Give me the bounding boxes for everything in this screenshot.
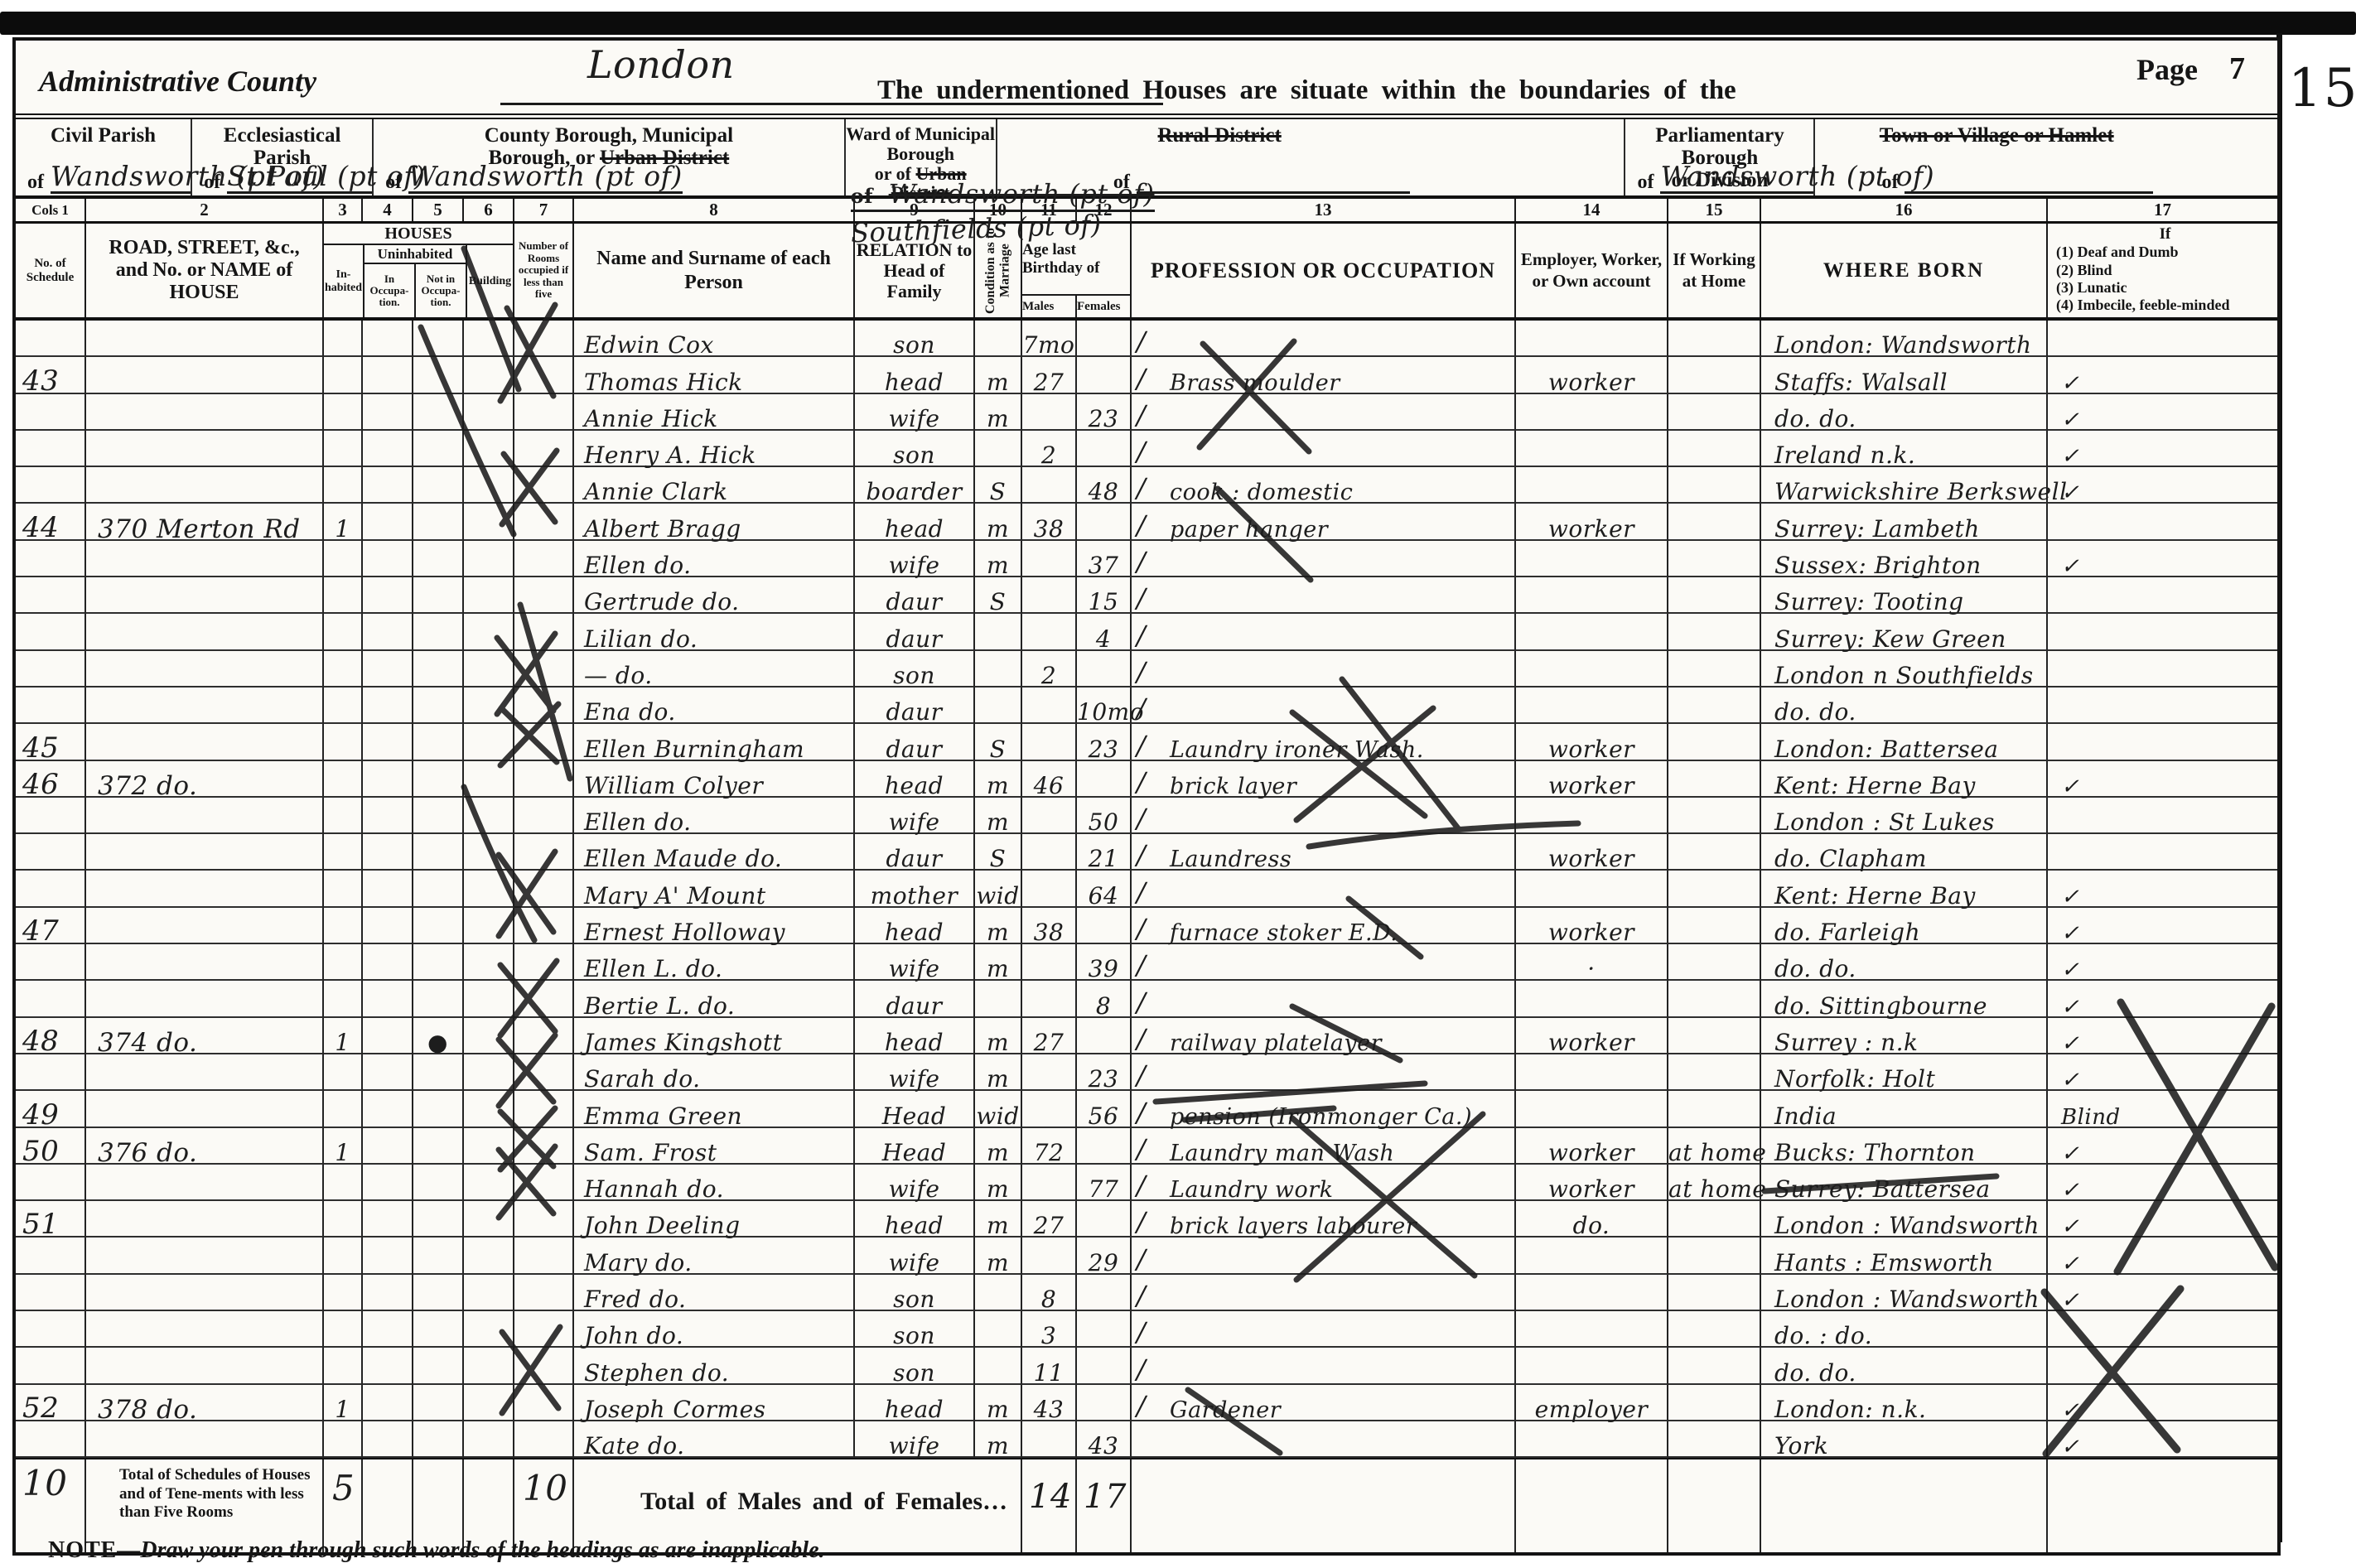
inhabited-cell — [324, 467, 363, 504]
infirmity-cell: ✓ — [2048, 467, 2277, 504]
age-males-cell-text: 2 — [1022, 441, 1075, 469]
of-word: of — [385, 171, 402, 194]
building-cell — [464, 908, 514, 944]
building-cell — [464, 724, 514, 760]
name-cell: Gertrude do. — [574, 577, 855, 614]
at-home-cell — [1668, 1311, 1761, 1348]
name-cell-text: Ellen do. — [584, 552, 692, 579]
road-cell — [86, 1421, 324, 1458]
rooms-cell — [514, 1348, 574, 1384]
condition-cell — [975, 1348, 1022, 1384]
employer-cell: worker — [1516, 357, 1668, 393]
condition-cell-text: m — [975, 552, 1021, 579]
road-cell — [86, 1201, 324, 1238]
occupation-cell: / — [1132, 1054, 1516, 1091]
age-males-cell — [1022, 614, 1077, 650]
age-females-cell-text: 43 — [1077, 1432, 1130, 1459]
infirmity-cell — [2048, 321, 2277, 357]
occupation-text: brick layer — [1170, 774, 1296, 799]
age-males-cell — [1022, 724, 1077, 760]
inhabited-cell-text: 1 — [324, 515, 361, 543]
building-cell — [464, 504, 514, 540]
employer-cell — [1516, 798, 1668, 834]
name-cell: Sam. Frost — [574, 1128, 855, 1165]
schedule-cell: 46 — [16, 761, 86, 798]
inhabited-cell — [324, 834, 363, 871]
infirmity-cell: ✓ — [2048, 1018, 2277, 1054]
occupation-tick-mark: / — [1137, 766, 1146, 798]
uninhabited-in-occupation-cell — [363, 431, 413, 467]
occupation-cell: /furnace stoker E.D. — [1132, 908, 1516, 944]
inhabited-cell-text: 1 — [324, 1139, 361, 1166]
uninhabited-in-occupation-cell — [363, 871, 413, 907]
age-females-cell-text: 77 — [1077, 1175, 1130, 1203]
employer-cell-text: do. — [1516, 1212, 1667, 1239]
infirmity-cell: ✓ — [2048, 761, 2277, 798]
condition-cell — [975, 651, 1022, 688]
building-cell — [464, 1311, 514, 1348]
schedule-cell: 47 — [16, 908, 86, 944]
relation-cell: head — [855, 504, 975, 540]
infirmity-cell: ✓ — [2048, 871, 2277, 907]
inhabited-cell — [324, 724, 363, 760]
age-males-cell — [1022, 1091, 1077, 1127]
occupation-tick-mark: / — [1137, 987, 1146, 1018]
name-heading: Name and Surname of each Person — [574, 224, 855, 317]
uninhabited-not-occupation-cell — [413, 724, 464, 760]
uninhabited-in-occupation-cell — [363, 1385, 413, 1421]
age-females-cell: 29 — [1077, 1238, 1132, 1274]
age-females-cell: 37 — [1077, 541, 1132, 577]
inhabited-cell — [324, 1201, 363, 1238]
census-row: Stephen do.son11/do. do. — [16, 1348, 2277, 1384]
rooms-cell — [514, 1018, 574, 1054]
condition-cell: S — [975, 467, 1022, 504]
occupation-cell — [1132, 1421, 1516, 1458]
relation-cell-text: Head — [855, 1102, 973, 1130]
age-females-cell-text: 48 — [1077, 478, 1130, 505]
occupation-text: Laundry work — [1170, 1177, 1333, 1203]
schedule-cell — [16, 1165, 86, 1201]
uninhabited-in-occupation-cell — [363, 1018, 413, 1054]
name-cell-text: Fred do. — [584, 1286, 686, 1313]
uninhabited-in-occupation-cell — [363, 1165, 413, 1201]
rooms-cell — [514, 1238, 574, 1274]
uninhabited-in-occupation-cell — [363, 1128, 413, 1165]
age-females-cell-text: 39 — [1077, 955, 1130, 982]
age-males-cell: 46 — [1022, 761, 1077, 798]
occupation-cell: /Laundry ironer Wash. — [1132, 724, 1516, 760]
at-home-cell — [1668, 651, 1761, 688]
age-males-cell-text: 11 — [1022, 1359, 1075, 1387]
at-home-cell — [1668, 761, 1761, 798]
name-cell-text: Ellen Maude do. — [584, 845, 782, 872]
relation-cell: daur — [855, 724, 975, 760]
age-females-cell-text: 4 — [1077, 625, 1130, 653]
rooms-cell — [514, 981, 574, 1017]
occupation-cell: / — [1132, 1275, 1516, 1311]
schedule-cell — [16, 981, 86, 1017]
employer-cell — [1516, 321, 1668, 357]
where-born-cell: Hants : Emsworth — [1761, 1238, 2048, 1274]
of-word: of — [1881, 171, 1898, 194]
relation-cell-text: head — [855, 1396, 973, 1423]
road-cell-text: 372 do. — [98, 771, 197, 801]
inhabited-cell — [324, 1421, 363, 1458]
schedule-cell-text: 52 — [22, 1392, 59, 1425]
uninhabited-in-occupation-cell — [363, 834, 413, 871]
name-cell: Lilian do. — [574, 614, 855, 650]
uninhabited-not-occupation-cell — [413, 1054, 464, 1091]
uninhabited-not-occupation-cell — [413, 467, 464, 504]
name-cell-text: Joseph Cormes — [584, 1396, 766, 1423]
rooms-cell — [514, 321, 574, 357]
infirmity-heading: If (1) Deaf and Dumb (2) Blind (3) Lunat… — [2048, 224, 2277, 317]
occupation-cell: / — [1132, 394, 1516, 431]
occupation-cell: / — [1132, 321, 1516, 357]
district-boxes: Civil Parish of Wandsworth (pt of) Eccle… — [16, 119, 2277, 199]
name-cell-text: Ellen Burningham — [584, 736, 804, 763]
condition-cell: m — [975, 1201, 1022, 1238]
name-cell: Ellen do. — [574, 541, 855, 577]
infirmity-cell-text: ✓ — [2061, 554, 2079, 579]
uninhabited-heading-group: Uninhabited In Occupa-tion. Not in Occup… — [365, 245, 467, 317]
infirmity-cell-text: ✓ — [2061, 1141, 2079, 1166]
inhabited-cell-text: 1 — [324, 1029, 361, 1056]
name-cell-text: Mary do. — [584, 1249, 693, 1276]
name-cell: Annie Hick — [574, 394, 855, 431]
employer-cell-text: employer — [1516, 1396, 1667, 1423]
where-born-cell-text: do. Farleigh — [1774, 919, 1920, 946]
at-home-heading: If Working at Home — [1668, 224, 1761, 317]
relation-cell: mother — [855, 871, 975, 907]
age-females-cell: 23 — [1077, 1054, 1132, 1091]
relation-cell-text: head — [855, 515, 973, 543]
inhabited-cell — [324, 614, 363, 650]
condition-cell: m — [975, 944, 1022, 981]
uninhabited-in-occupation-cell — [363, 688, 413, 724]
schedule-cell: 48 — [16, 1018, 86, 1054]
at-home-cell — [1668, 1348, 1761, 1384]
census-row: Edwin Coxson7mo/London: Wandsworth — [16, 321, 2277, 357]
rooms-cell — [514, 871, 574, 907]
age-females-cell: 23 — [1077, 724, 1132, 760]
name-cell-text: Thomas Hick — [584, 369, 743, 396]
age-females-cell — [1077, 1128, 1132, 1165]
column-number: 8 — [574, 199, 855, 221]
age-males-cell — [1022, 394, 1077, 431]
employer-cell: do. — [1516, 1201, 1668, 1238]
uninhabited-not-occupation-cell — [413, 871, 464, 907]
condition-cell: m — [975, 541, 1022, 577]
condition-cell: m — [975, 357, 1022, 393]
schedule-cell: 49 — [16, 1091, 86, 1127]
infirmity-cell-text: ✓ — [2061, 958, 2079, 982]
relation-cell: son — [855, 1311, 975, 1348]
condition-cell-text: m — [975, 955, 1021, 982]
schedule-cell — [16, 871, 86, 907]
condition-cell — [975, 321, 1022, 357]
age-females-cell: 21 — [1077, 834, 1132, 871]
where-born-cell: do. do. — [1761, 688, 2048, 724]
where-born-cell-text: London: Wandsworth — [1774, 331, 2032, 359]
road-cell — [86, 651, 324, 688]
age-males-cell-text: 8 — [1022, 1286, 1075, 1313]
age-females-cell: 43 — [1077, 1421, 1132, 1458]
relation-cell-text: son — [855, 1359, 973, 1387]
inhabited-cell: 1 — [324, 1385, 363, 1421]
relation-cell-text: wife — [855, 1249, 973, 1276]
occupation-text: Laundry ironer Wash. — [1170, 737, 1424, 763]
employer-cell — [1516, 614, 1668, 650]
inhabited-cell — [324, 394, 363, 431]
name-cell-text: Ena do. — [584, 698, 676, 726]
age-females-cell: 8 — [1077, 981, 1132, 1017]
rooms-cell — [514, 1275, 574, 1311]
occupation-cell: / — [1132, 1311, 1516, 1348]
uninhabited-in-occupation-cell — [363, 1348, 413, 1384]
uninhabited-not-occupation-cell — [413, 1201, 464, 1238]
where-born-cell-text: York — [1774, 1432, 1828, 1459]
condition-cell-text: S — [975, 588, 1021, 615]
schedule-cell — [16, 1238, 86, 1274]
infirmity-cell-text: ✓ — [2061, 1398, 2079, 1423]
condition-cell — [975, 1311, 1022, 1348]
road-cell-text: 378 do. — [98, 1395, 197, 1425]
building-cell — [464, 614, 514, 650]
occupation-tick-mark: / — [1137, 1097, 1146, 1128]
age-males-cell: 7mo — [1022, 321, 1077, 357]
employer-cell: worker — [1516, 504, 1668, 540]
uninhabited-in-occupation-cell — [363, 467, 413, 504]
total-females-value: 17 — [1084, 1478, 1127, 1516]
employer-cell: worker — [1516, 834, 1668, 871]
schedule-cell — [16, 394, 86, 431]
schedule-cell: 43 — [16, 357, 86, 393]
uninhabited-in-occupation-cell — [363, 798, 413, 834]
ward-value: of Wandsworth (pt of) Southfields (pt of… — [851, 178, 1155, 244]
age-females-cell: 48 — [1077, 467, 1132, 504]
column-number: 7 — [514, 199, 574, 221]
age-females-cell — [1077, 651, 1132, 688]
column-number: 5 — [413, 199, 464, 221]
of-word: of — [27, 171, 44, 194]
occupation-text: Gardener — [1170, 1397, 1281, 1423]
age-females-cell — [1077, 1018, 1132, 1054]
infirmity-cell-text: Blind — [2061, 1105, 2121, 1130]
building-cell — [464, 357, 514, 393]
employer-cell: worker — [1516, 1018, 1668, 1054]
where-born-cell: York — [1761, 1421, 2048, 1458]
where-born-cell: Surrey: Lambeth — [1761, 504, 2048, 540]
infirmity-cell: ✓ — [2048, 1165, 2277, 1201]
where-born-cell: London: n.k. — [1761, 1385, 2048, 1421]
at-home-cell — [1668, 541, 1761, 577]
where-born-cell: Sussex: Brighton — [1761, 541, 2048, 577]
schedule-cell — [16, 467, 86, 504]
building-cell — [464, 1165, 514, 1201]
road-cell — [86, 1238, 324, 1274]
uninhabited-not-occupation-cell — [413, 981, 464, 1017]
inhabited-cell — [324, 1165, 363, 1201]
occupation-cell: /railway platelayer — [1132, 1018, 1516, 1054]
name-cell: Ernest Holloway — [574, 908, 855, 944]
occupation-tick-mark: / — [1137, 472, 1146, 504]
name-cell-text: Lilian do. — [584, 625, 698, 653]
age-males-cell: 2 — [1022, 651, 1077, 688]
condition-cell: m — [975, 1421, 1022, 1458]
schedule-cell-text: 46 — [22, 768, 59, 801]
age-males-cell-text: 27 — [1022, 1212, 1075, 1239]
where-born-cell: do. Clapham — [1761, 834, 2048, 871]
age-females-cell: 23 — [1077, 394, 1132, 431]
column-number: 16 — [1761, 199, 2048, 221]
column-number: 14 — [1516, 199, 1668, 221]
inhabited-cell-text: 1 — [324, 1396, 361, 1423]
infirmity-cell: ✓ — [2048, 908, 2277, 944]
occupation-cell: / — [1132, 981, 1516, 1017]
rooms-cell — [514, 614, 574, 650]
at-home-cell — [1668, 871, 1761, 907]
age-males-cell — [1022, 1054, 1077, 1091]
census-row: 46372 do.William Colyerheadm46/brick lay… — [16, 761, 2277, 798]
name-cell: Albert Bragg — [574, 504, 855, 540]
occupation-tick-mark: / — [1137, 1316, 1146, 1348]
road-cell: 378 do. — [86, 1385, 324, 1421]
age-males-cell — [1022, 541, 1077, 577]
condition-cell-text: m — [975, 1029, 1021, 1056]
census-row: 49Emma GreenHeadwid56/pension (Ironmonge… — [16, 1091, 2277, 1127]
rooms-cell — [514, 357, 574, 393]
name-cell-text: Albert Bragg — [584, 515, 741, 543]
name-cell: Mary do. — [574, 1238, 855, 1274]
road-cell — [86, 467, 324, 504]
rooms-cell — [514, 798, 574, 834]
condition-cell-text: m — [975, 1396, 1021, 1423]
infirmity-cell: ✓ — [2048, 1385, 2277, 1421]
relation-cell-text: son — [855, 441, 973, 469]
where-born-cell: do. Farleigh — [1761, 908, 2048, 944]
occupation-tick-mark: / — [1137, 1243, 1146, 1275]
occupation-cell: /brick layers labourer — [1132, 1201, 1516, 1238]
census-row: Ellen do.wifem50/London : St Lukes — [16, 798, 2277, 834]
building-cell — [464, 651, 514, 688]
relation-cell: wife — [855, 1238, 975, 1274]
age-males-cell-text: 38 — [1022, 919, 1075, 946]
rooms-cell — [514, 1311, 574, 1348]
admin-header: Administrative County London The underme… — [16, 41, 2277, 119]
employer-cell — [1516, 1348, 1668, 1384]
where-born-cell: do. Sittingbourne — [1761, 981, 2048, 1017]
schedule-cell — [16, 1054, 86, 1091]
at-home-cell — [1668, 321, 1761, 357]
total-males-females-label: Total of Males and of Females… — [640, 1488, 1007, 1516]
at-home-cell — [1668, 614, 1761, 650]
building-cell — [464, 871, 514, 907]
town-village-label: Town or Village or Hamlet — [1716, 119, 2277, 147]
road-cell — [86, 871, 324, 907]
relation-cell-text: head — [855, 369, 973, 396]
schedule-cell — [16, 1275, 86, 1311]
schedule-cell: 44 — [16, 504, 86, 540]
condition-cell: m — [975, 504, 1022, 540]
relation-cell-text: son — [855, 1286, 973, 1313]
uninhabited-not-occupation-cell — [413, 394, 464, 431]
schedule-cell: 45 — [16, 724, 86, 760]
age-males-cell — [1022, 1165, 1077, 1201]
occupation-cell: / — [1132, 1348, 1516, 1384]
inhabited-cell — [324, 651, 363, 688]
occupation-tick-mark: / — [1137, 1353, 1146, 1385]
where-born-cell-text: do. do. — [1774, 1359, 1856, 1387]
road-cell — [86, 321, 324, 357]
column-number: 17 — [2048, 199, 2277, 221]
age-males-cell: 43 — [1022, 1385, 1077, 1421]
census-row: Ellen Maude do.daurS21/Laundressworkerdo… — [16, 834, 2277, 871]
age-females-cell: 64 — [1077, 871, 1132, 907]
name-cell-text: John do. — [584, 1322, 683, 1349]
census-row: Sarah do.wifem23/Norfolk: Holt✓ — [16, 1054, 2277, 1091]
where-born-cell: London : Wandsworth — [1761, 1201, 2048, 1238]
census-row: 47Ernest Hollowayheadm38/furnace stoker … — [16, 908, 2277, 944]
age-females-cell-text: 37 — [1077, 552, 1130, 579]
county-borough-value: Wandsworth (pt of) — [408, 162, 683, 194]
infirmity-cell — [2048, 688, 2277, 724]
age-females-cell-text: 64 — [1077, 882, 1130, 909]
schedule-cell: 50 — [16, 1128, 86, 1165]
occupation-text: Laundry man Wash — [1170, 1141, 1394, 1166]
schedule-cell — [16, 614, 86, 650]
uninhabited-not-occupation-cell: ● — [413, 1018, 464, 1054]
census-row: Ellen do.wifem37/Sussex: Brighton✓ — [16, 541, 2277, 577]
age-males-cell — [1022, 1421, 1077, 1458]
schedule-cell — [16, 431, 86, 467]
where-born-cell-text: Surrey: Kew Green — [1774, 625, 2006, 653]
rooms-cell — [514, 688, 574, 724]
census-row: — do.son2/London n Southfields — [16, 651, 2277, 688]
at-home-cell — [1668, 1091, 1761, 1127]
road-cell — [86, 908, 324, 944]
condition-cell: m — [975, 1165, 1022, 1201]
at-home-cell — [1668, 1054, 1761, 1091]
uninhabited-in-occupation-cell — [363, 321, 413, 357]
occupation-cell: / — [1132, 614, 1516, 650]
condition-cell: wid — [975, 1091, 1022, 1127]
total-houses-label: Total of Schedules of Houses and of Tene… — [86, 1459, 322, 1522]
occupation-cell: /pension (Ironmonger Ca.) — [1132, 1091, 1516, 1127]
relation-cell-text: son — [855, 331, 973, 359]
condition-cell — [975, 1275, 1022, 1311]
ecclesiastical-parish-value: St Paul (pt of) — [227, 162, 372, 194]
at-home-cell-text: at home — [1668, 1175, 1760, 1203]
age-females-cell — [1077, 1311, 1132, 1348]
ecclesiastical-parish-box: Ecclesiastical Parish of St Paul (pt of) — [192, 119, 374, 195]
condition-cell-text: S — [975, 478, 1021, 505]
census-row: 45Ellen BurninghamdaurS23/Laundry ironer… — [16, 724, 2277, 760]
age-females-cell-text: 23 — [1077, 405, 1130, 432]
road-cell — [86, 834, 324, 871]
footnote-note-word: NOTE — [48, 1537, 117, 1563]
houses-heading: HOUSES — [324, 224, 513, 245]
building-cell — [464, 541, 514, 577]
inhabited-cell — [324, 1275, 363, 1311]
schedule-cell-text: 44 — [22, 511, 59, 544]
relation-cell-text: daur — [855, 698, 973, 726]
inhabited-cell — [324, 944, 363, 981]
rooms-cell — [514, 834, 574, 871]
occupation-text: Brass moulder — [1170, 370, 1340, 396]
employer-cell — [1516, 394, 1668, 431]
